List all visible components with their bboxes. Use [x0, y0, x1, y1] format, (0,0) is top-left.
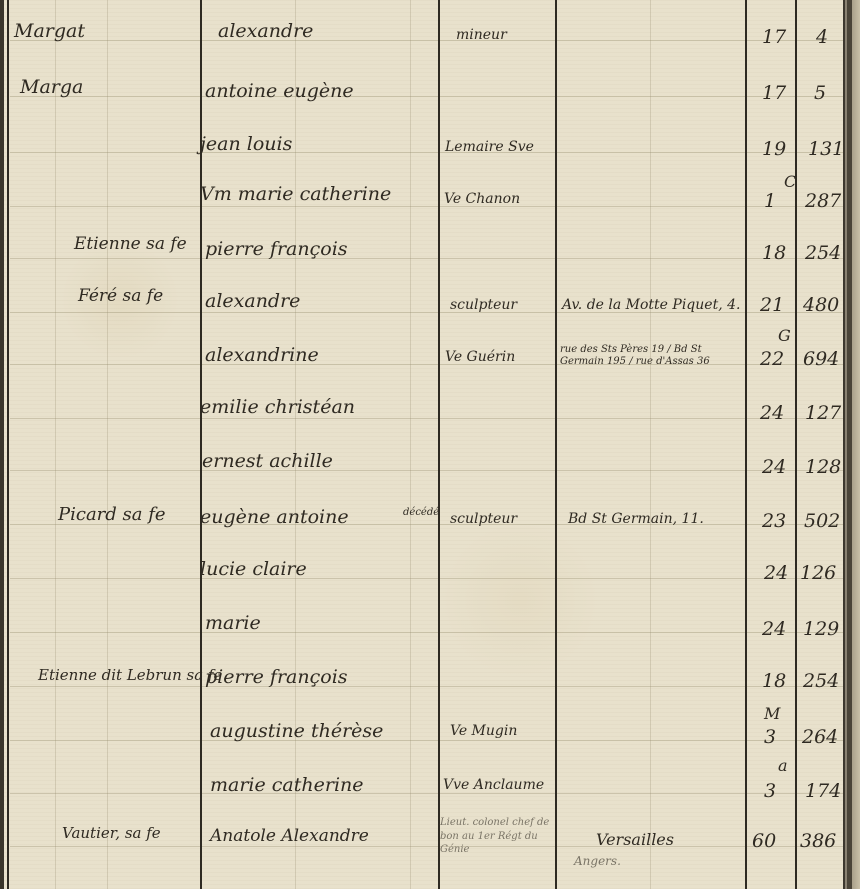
number: 174	[805, 782, 841, 801]
surname: Féré sa fe	[78, 288, 163, 305]
column-rule	[745, 0, 747, 889]
column-rule	[795, 0, 797, 889]
surname: Marga	[20, 78, 83, 97]
number: 5	[814, 84, 826, 103]
rule-line	[10, 152, 850, 153]
page-border-left	[0, 0, 4, 889]
grid-line	[410, 0, 411, 889]
given-names: jean louis	[200, 135, 292, 154]
column-rule	[555, 0, 557, 889]
age: 3	[764, 728, 776, 747]
surname: Margat	[14, 22, 85, 41]
rule-line	[10, 418, 850, 419]
given-names: pierre françois	[205, 240, 348, 259]
grid-line	[107, 0, 108, 889]
column-rule	[438, 0, 440, 889]
rule-line	[10, 793, 850, 794]
surname: Etienne sa fe	[74, 236, 187, 253]
occupation: Ve Guérin	[445, 350, 515, 364]
status-note: décédé	[403, 508, 439, 518]
occupation: sculpteur	[450, 512, 517, 526]
rule-line	[10, 846, 850, 847]
rule-line	[10, 96, 850, 97]
occupation: Vve Anclaume	[443, 778, 544, 792]
number: 128	[805, 458, 841, 477]
age: 60	[752, 832, 776, 851]
address: Versailles	[596, 832, 674, 848]
number: 287	[805, 192, 841, 211]
occupation: mineur	[456, 28, 507, 42]
number: 129	[803, 620, 839, 639]
age: 17	[762, 28, 786, 47]
age-note: a	[778, 758, 788, 774]
grid-line	[295, 0, 296, 889]
given-names: augustine thérèse	[210, 722, 383, 741]
occupation: Lemaire Sve	[445, 140, 534, 154]
number: 264	[802, 728, 838, 747]
number: 502	[804, 512, 840, 531]
number: 480	[803, 296, 839, 315]
given-names: antoine eugène	[205, 82, 354, 101]
given-names: emilie christéan	[200, 398, 355, 417]
age-note: M	[764, 706, 780, 722]
given-names: alexandrine	[205, 346, 319, 365]
given-names: eugène antoine	[200, 508, 349, 527]
age: 18	[762, 672, 786, 691]
surname: Etienne dit Lebrun sa fe	[38, 668, 222, 683]
age: 1	[764, 192, 776, 211]
rule-line	[10, 206, 850, 207]
number: 126	[800, 564, 836, 583]
age: 23	[762, 512, 786, 531]
age: 24	[762, 458, 786, 477]
number: 386	[800, 832, 836, 851]
rule-line	[10, 686, 850, 687]
age-note: C	[784, 174, 796, 190]
age: 24	[760, 404, 784, 423]
age: 21	[760, 296, 784, 315]
given-names: alexandre	[205, 292, 300, 311]
given-names: lucie claire	[200, 560, 307, 579]
occupation: Ve Mugin	[450, 724, 517, 738]
given-names: alexandre	[218, 22, 313, 41]
age: 24	[762, 620, 786, 639]
number: 4	[816, 28, 828, 47]
surname: Picard sa fe	[58, 506, 166, 524]
page-binding-edge	[843, 0, 860, 889]
register-page: Margat alexandre mineur 17 4 Marga antoi…	[0, 0, 860, 889]
page-border-left-inner	[7, 0, 9, 889]
rule-line	[10, 740, 850, 741]
rule-line	[10, 578, 850, 579]
surname: Vautier, sa fe	[62, 826, 161, 841]
given-names: marie catherine	[210, 776, 364, 795]
address: Av. de la Motte Piquet, 4.	[562, 298, 740, 312]
address-note: Angers.	[574, 855, 621, 867]
given-names: marie	[205, 614, 261, 633]
given-names: Vm marie catherine	[200, 185, 391, 204]
occupation: Ve Chanon	[444, 192, 520, 206]
rule-line	[10, 632, 850, 633]
age: 3	[764, 782, 776, 801]
rule-line	[10, 470, 850, 471]
grid-line	[55, 0, 56, 889]
age: 18	[762, 244, 786, 263]
number: 254	[803, 672, 839, 691]
number: 694	[803, 350, 839, 369]
number: 127	[805, 404, 841, 423]
age: 24	[764, 564, 788, 583]
age: 22	[760, 350, 784, 369]
occupation: Lieut. colonel chef de bon au 1er Régt d…	[440, 816, 555, 857]
address: rue des Sts Pères 19 / Bd St Germain 195…	[560, 344, 740, 367]
occupation: sculpteur	[450, 298, 517, 312]
address: Bd St Germain, 11.	[568, 512, 704, 526]
rule-line	[10, 258, 850, 259]
given-names: pierre françois	[205, 668, 348, 687]
age-note: G	[778, 328, 791, 344]
rule-line	[10, 40, 850, 41]
age: 19	[762, 140, 786, 159]
number: 131	[808, 140, 844, 159]
grid-line	[650, 0, 651, 889]
given-names: Anatole Alexandre	[210, 828, 369, 845]
age: 17	[762, 84, 786, 103]
given-names: ernest achille	[202, 452, 333, 471]
number: 254	[805, 244, 841, 263]
